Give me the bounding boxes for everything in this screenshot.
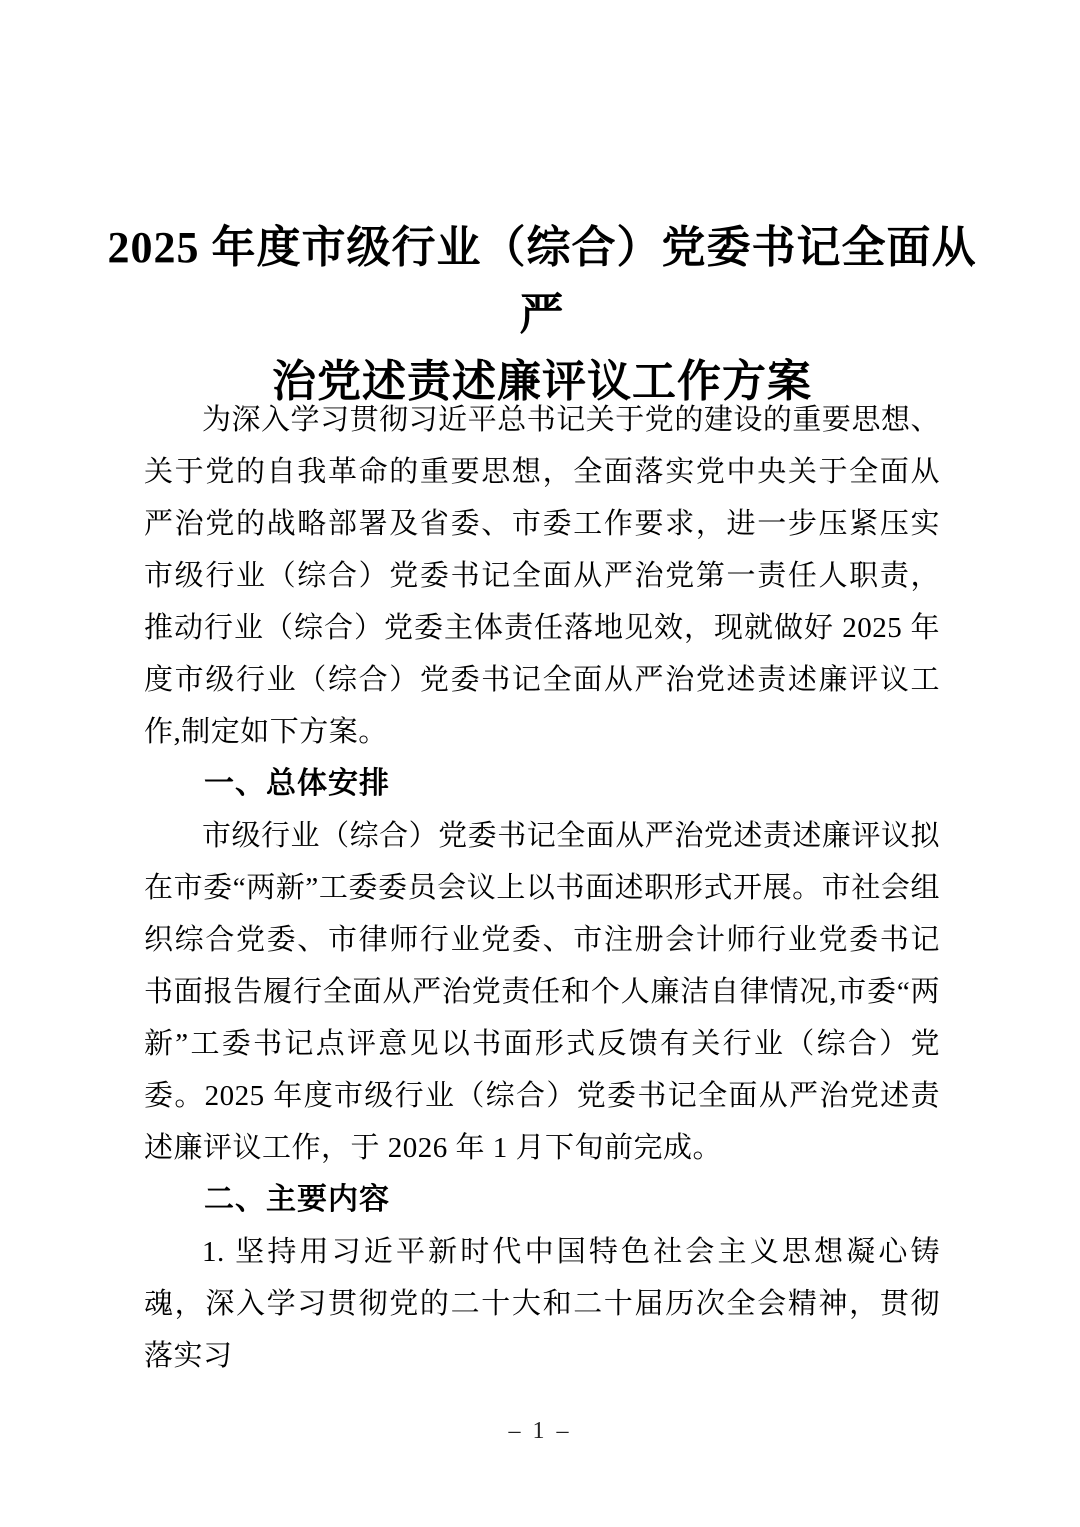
- section-heading-overall-arrangement: 一、总体安排: [144, 758, 940, 810]
- document-title-line-1: 2025 年度市级行业（综合）党委书记全面从严: [104, 214, 980, 348]
- document-body: 为深入学习贯彻习近平总书记关于党的建设的重要思想、关于党的自我革命的重要思想，全…: [144, 394, 940, 1382]
- page-number: – 1 –: [0, 1416, 1080, 1446]
- section-heading-main-content: 二、主要内容: [144, 1174, 940, 1226]
- paragraph-main-content: 1. 坚持用习近平新时代中国特色社会主义思想凝心铸魂，深入学习贯彻党的二十大和二…: [144, 1226, 940, 1382]
- paragraph-intro: 为深入学习贯彻习近平总书记关于党的建设的重要思想、关于党的自我革命的重要思想，全…: [144, 394, 940, 758]
- document-page: 2025 年度市级行业（综合）党委书记全面从严 治党述责述廉评议工作方案 为深入…: [0, 0, 1080, 1527]
- document-title: 2025 年度市级行业（综合）党委书记全面从严 治党述责述廉评议工作方案: [104, 214, 980, 415]
- paragraph-overall-arrangement: 市级行业（综合）党委书记全面从严治党述责述廉评议拟在市委“两新”工委委员会议上以…: [144, 810, 940, 1174]
